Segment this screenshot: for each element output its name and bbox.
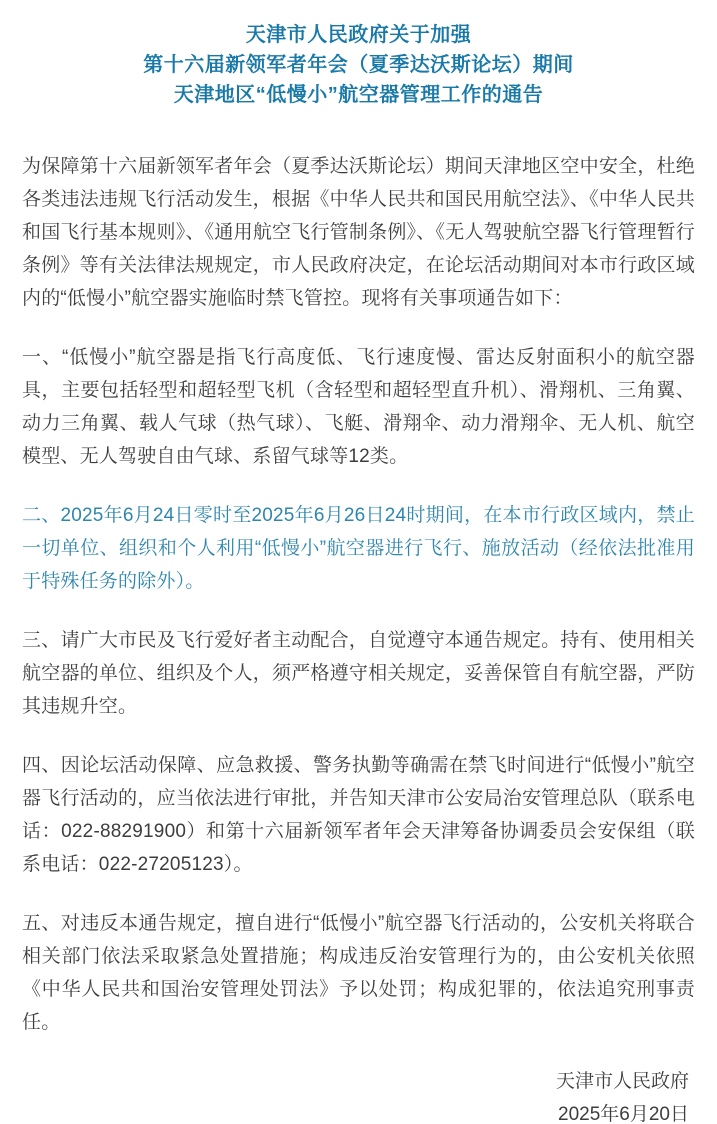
notice-title-line-1: 天津市人民政府关于加强 [22, 20, 695, 50]
notice-article-2-flight-ban-period: 二、2025年6月24日零时至2025年6月26日24时期间，在本市行政区域内，… [22, 499, 695, 598]
notice-body: 为保障第十六届新领军者年会（夏季达沃斯论坛）期间天津地区空中安全，杜绝各类违法违… [22, 150, 695, 1039]
issuer-name: 天津市人民政府 [22, 1065, 689, 1098]
notice-title: 天津市人民政府关于加强 第十六届新领军者年会（夏季达沃斯论坛）期间 天津地区“低… [22, 20, 695, 110]
notice-article-5: 五、对违反本通告规定，擅自进行“低慢小”航空器飞行活动的，公安机关将联合相关部门… [22, 907, 695, 1039]
signature-block: 天津市人民政府 2025年6月20日 [22, 1065, 695, 1124]
issue-date: 2025年6月20日 [22, 1098, 689, 1124]
notice-article-4: 四、因论坛活动保障、应急救援、警务执勤等确需在禁飞时间进行“低慢小”航空器飞行活… [22, 749, 695, 881]
notice-article-3: 三、请广大市民及飞行爱好者主动配合，自觉遵守本通告规定。持有、使用相关航空器的单… [22, 624, 695, 723]
notice-intro-paragraph: 为保障第十六届新领军者年会（夏季达沃斯论坛）期间天津地区空中安全，杜绝各类违法违… [22, 150, 695, 315]
notice-article-1: 一、“低慢小”航空器是指飞行高度低、飞行速度慢、雷达反射面积小的航空器具，主要包… [22, 341, 695, 473]
notice-title-line-2: 第十六届新领军者年会（夏季达沃斯论坛）期间 [22, 50, 695, 80]
notice-title-line-3: 天津地区“低慢小”航空器管理工作的通告 [22, 80, 695, 110]
notice-page: 天津市人民政府关于加强 第十六届新领军者年会（夏季达沃斯论坛）期间 天津地区“低… [0, 0, 717, 1124]
